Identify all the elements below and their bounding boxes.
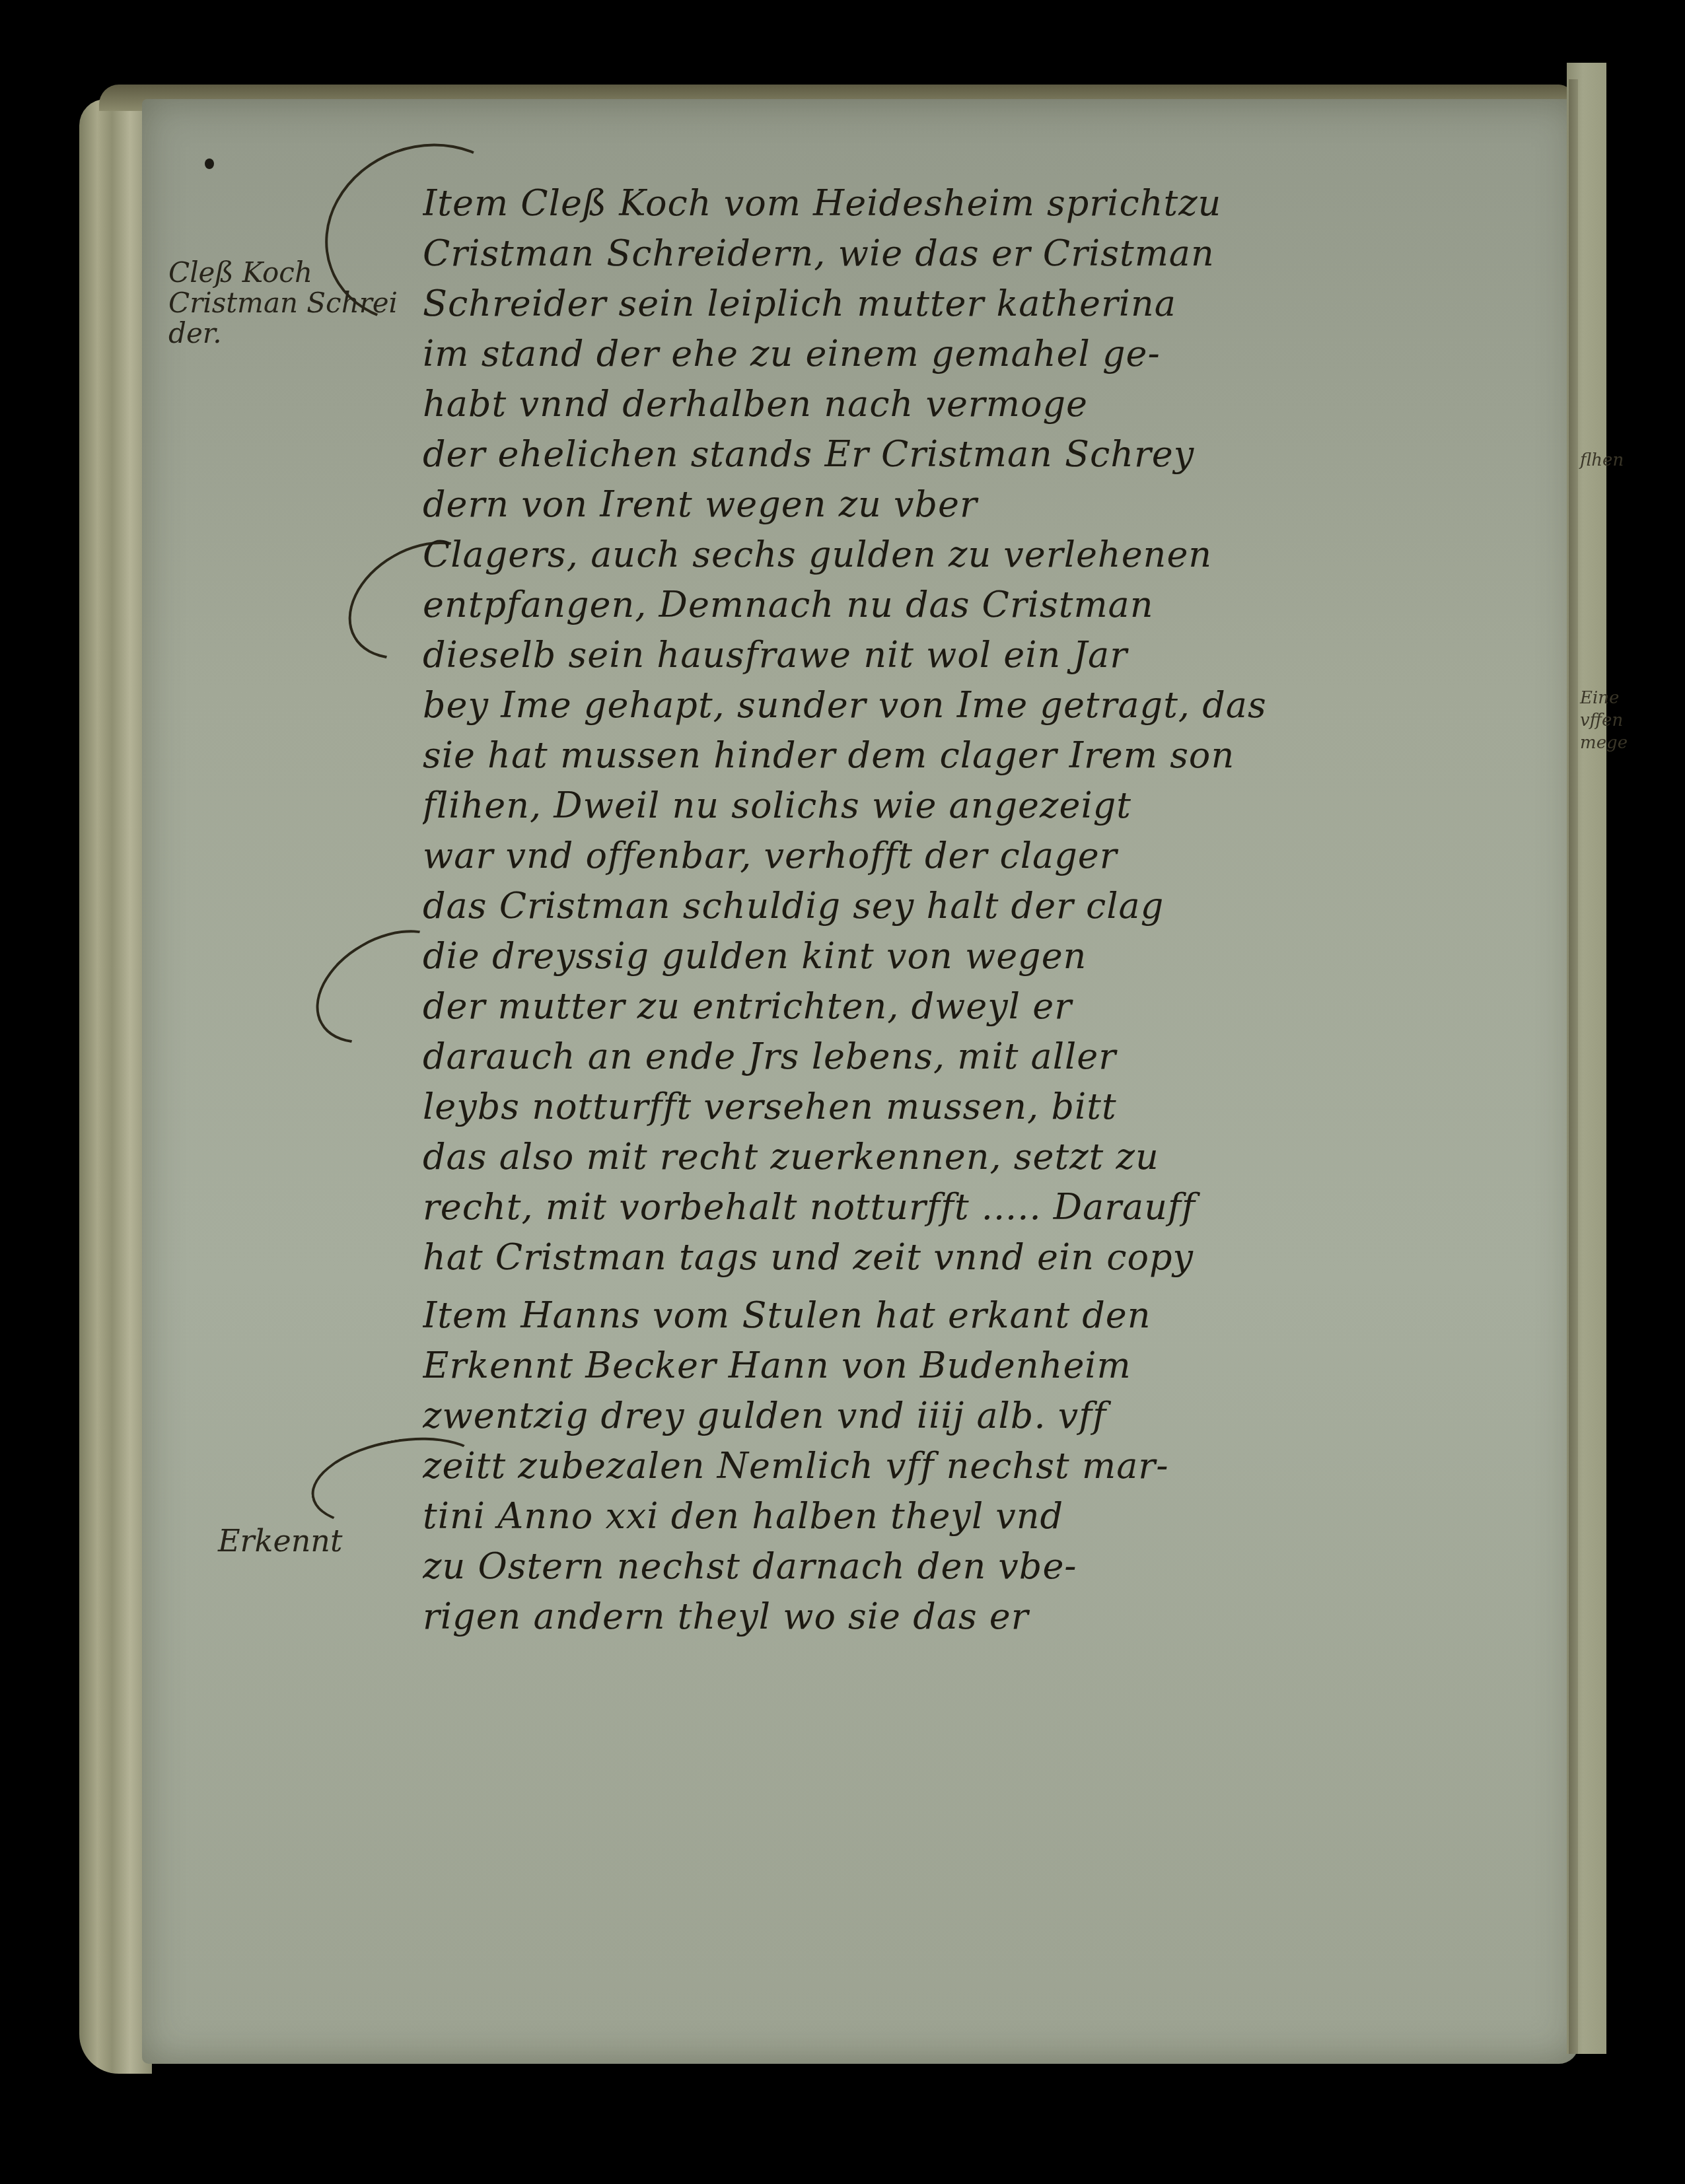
page-stack-edge — [79, 99, 152, 2074]
text-line: flihen, Dweil nu solichs wie angezeigt — [423, 781, 1585, 831]
margin-note-line: Cleß Koch — [168, 258, 398, 288]
text-line: dieselb sein hausfrawe nit wol ein Jar — [423, 630, 1585, 680]
text-line: tini Anno xxi den halben theyl vnd — [423, 1491, 1585, 1541]
text-line: hat Cristman tags und zeit vnnd ein copy — [423, 1232, 1585, 1283]
text-line: das also mit recht zuerkennen, setzt zu — [423, 1132, 1585, 1182]
text-line: bey Ime gehapt, sunder von Ime getragt, … — [423, 680, 1585, 730]
margin-note-line: Cristman Schrei — [168, 288, 398, 318]
adjacent-leaf-fragment: Eine — [1580, 687, 1619, 709]
ink-dot — [205, 159, 214, 169]
text-line: habt vnnd derhalben nach vermoge — [423, 379, 1585, 429]
text-line: rigen andern theyl wo sie das er — [423, 1592, 1585, 1642]
text-line: Item Cleß Koch vom Heidesheim sprichtzu — [423, 178, 1585, 229]
margin-note-line: der. — [168, 318, 398, 349]
text-line: zu Ostern nechst darnach den vbe- — [423, 1541, 1585, 1592]
text-line: sie hat mussen hinder dem clager Irem so… — [423, 730, 1585, 781]
text-line: Clagers, auch sechs gulden zu verlehenen — [423, 530, 1585, 580]
text-line: im stand der ehe zu einem gemahel ge- — [423, 329, 1585, 379]
text-line: dern von Irent wegen zu vber — [423, 479, 1585, 530]
main-text-block: Item Cleß Koch vom Heidesheim sprichtzu … — [423, 178, 1585, 1642]
text-line: war vnd offenbar, verhofft der clager — [423, 831, 1585, 881]
text-line: der mutter zu entrichten, dweyl er — [423, 981, 1585, 1032]
adjacent-leaf-fragment: mege — [1580, 732, 1628, 754]
text-line: zwentzig drey gulden vnd iiij alb. vff — [423, 1391, 1585, 1441]
adjacent-leaf-fragment: flhen — [1580, 449, 1624, 472]
margin-note-parties: Cleß Koch Cristman Schrei der. — [168, 258, 398, 349]
text-line: das Cristman schuldig sey halt der clag — [423, 881, 1585, 931]
text-line: Erkennt Becker Hann von Budenheim — [423, 1341, 1585, 1391]
text-line: der ehelichen stands Er Cristman Schrey — [423, 429, 1585, 479]
text-line: darauch an ende Jrs lebens, mit aller — [423, 1032, 1585, 1082]
text-line: recht, mit vorbehalt notturfft ..... Dar… — [423, 1182, 1585, 1232]
text-line: die dreyssig gulden kint von wegen — [423, 931, 1585, 981]
text-line: leybs notturfft versehen mussen, bitt — [423, 1082, 1585, 1132]
text-line: entpfangen, Demnach nu das Cristman — [423, 580, 1585, 630]
adjacent-leaf-fragment: vffen — [1580, 709, 1623, 732]
text-line: zeitt zubezalen Nemlich vff nechst mar- — [423, 1441, 1585, 1491]
text-line: Cristman Schreidern, wie das er Cristman — [423, 229, 1585, 279]
text-line: Item Hanns vom Stulen hat erkant den — [423, 1290, 1585, 1341]
margin-note-erkennt: Erkennt — [218, 1526, 342, 1556]
text-line: Schreider sein leiplich mutter katherina — [423, 279, 1585, 329]
margin-note-line: Erkennt — [218, 1526, 342, 1556]
